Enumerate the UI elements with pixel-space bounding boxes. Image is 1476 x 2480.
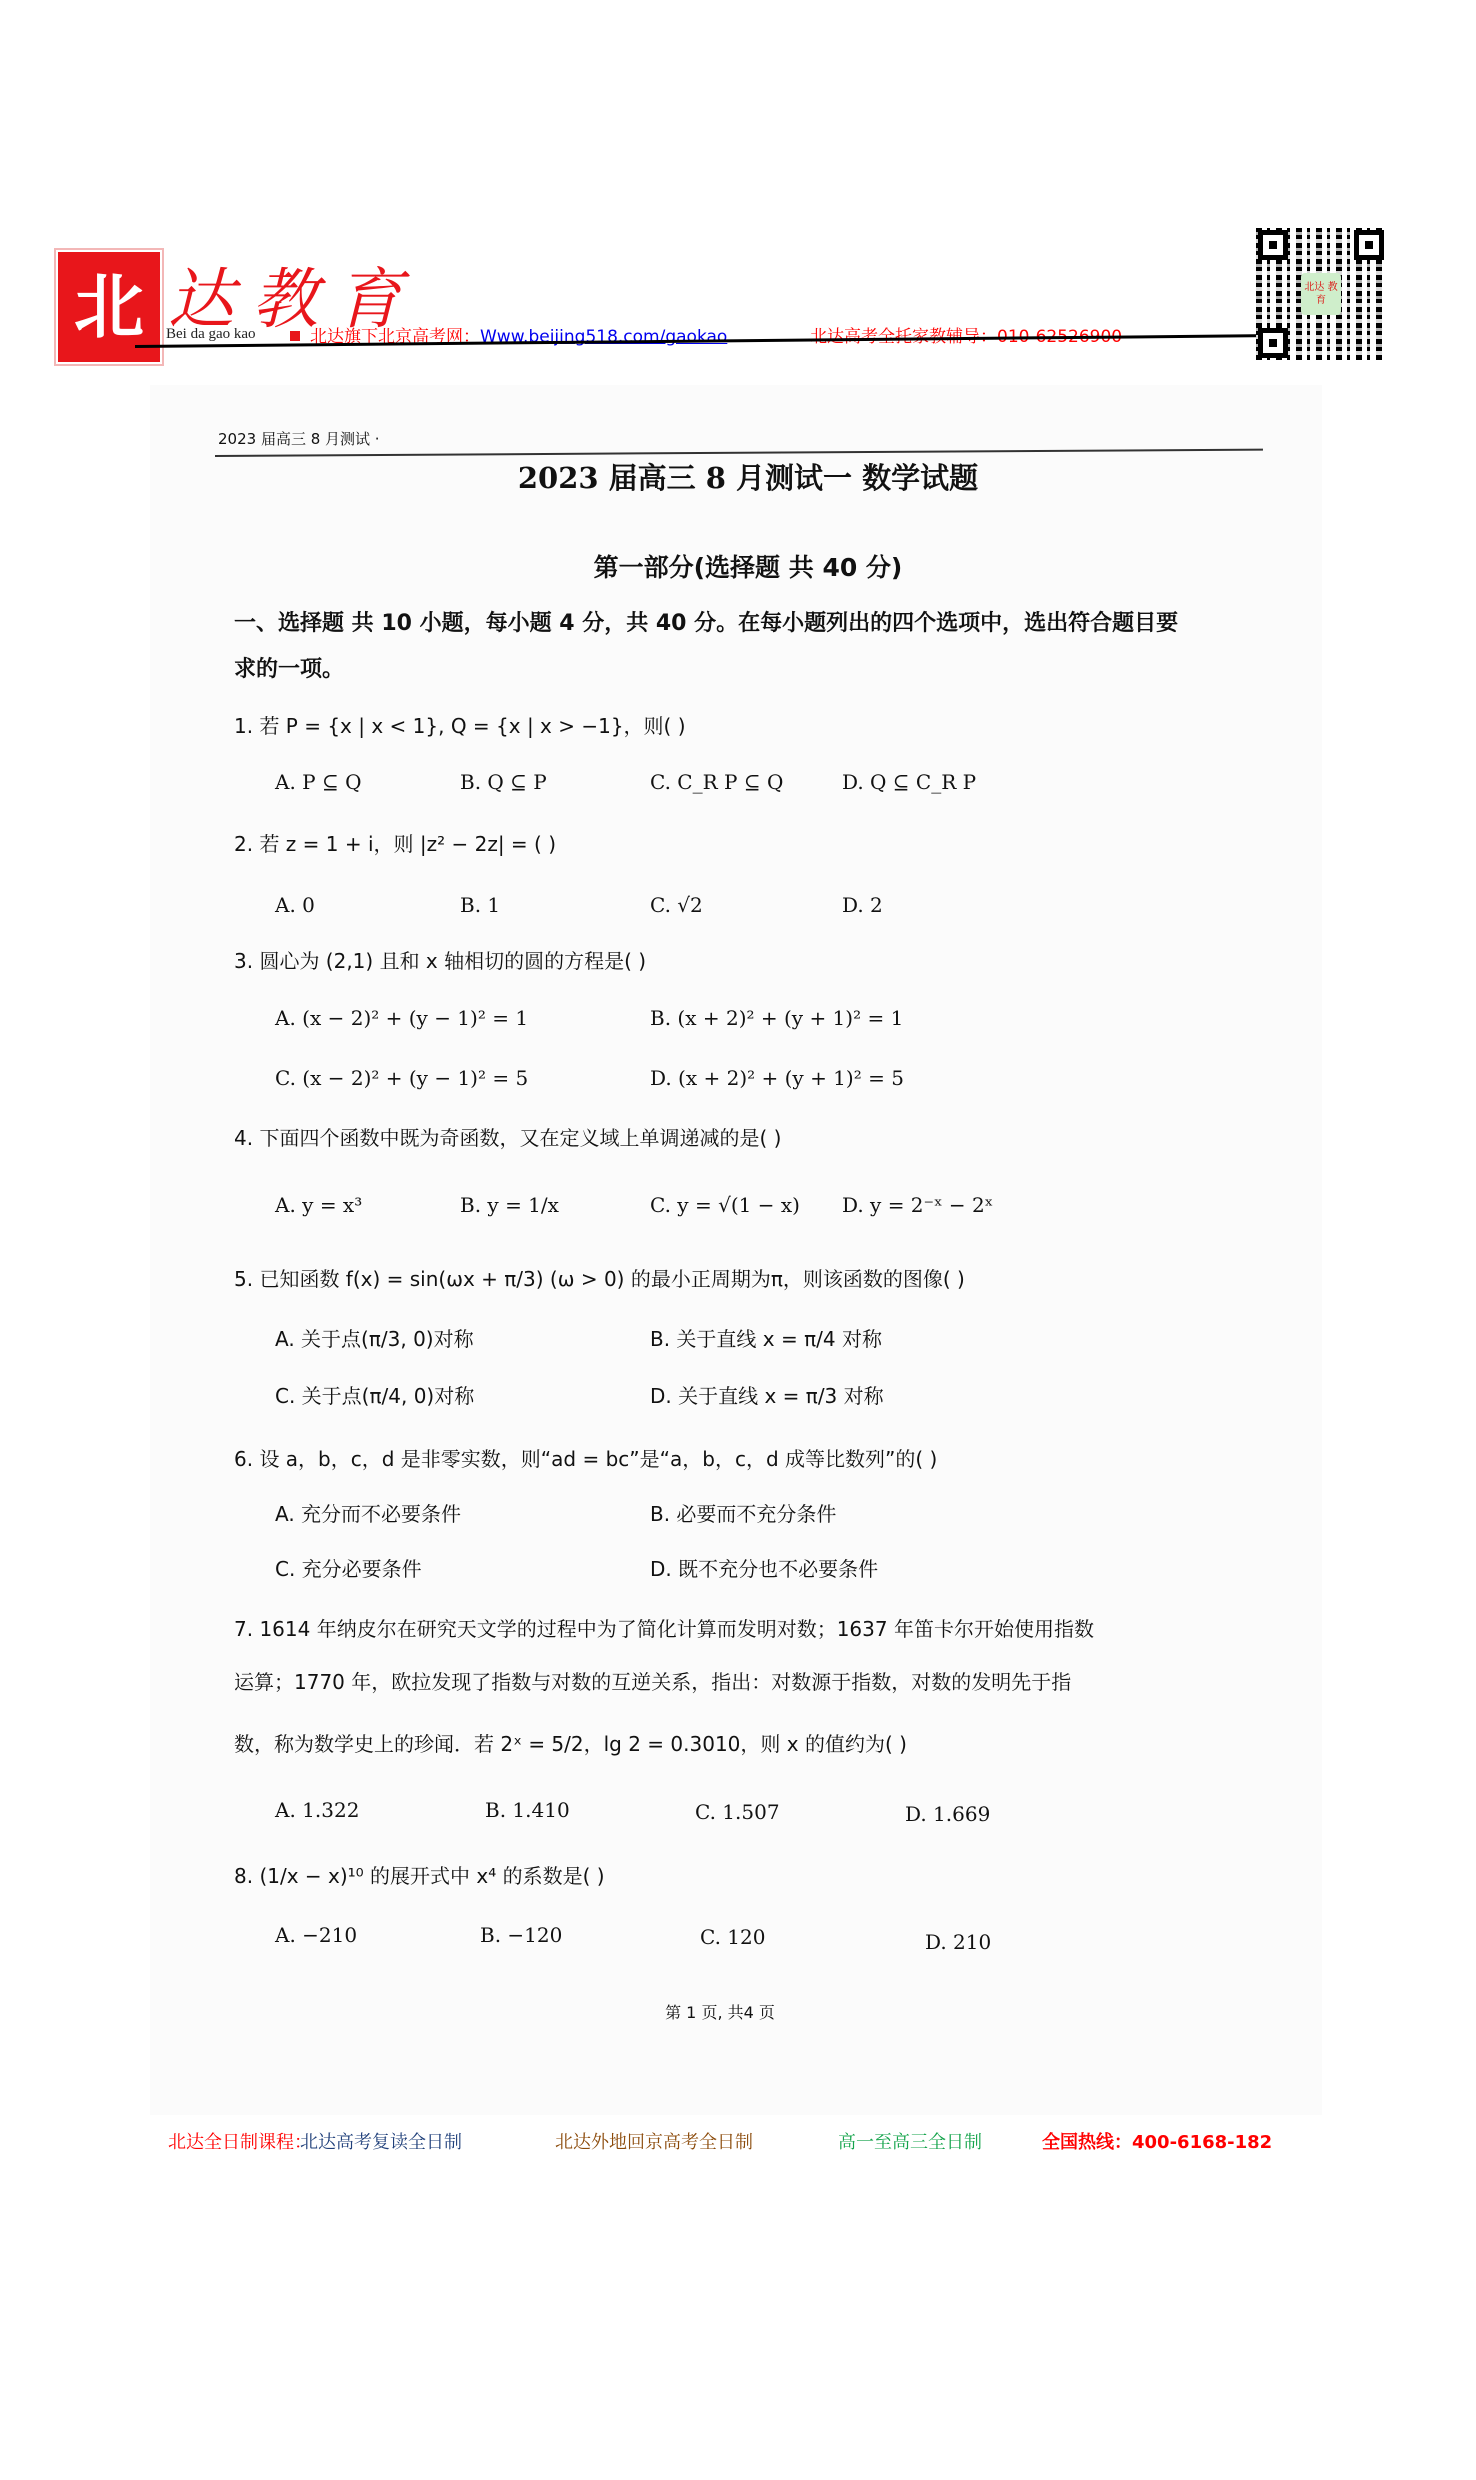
footer-hotline: 全国热线：400-6168-182 [1042,2128,1272,2154]
q5-option-d: D. 关于直线 x = π/3 对称 [650,1380,884,1409]
q7-option-a: A. 1.322 [275,1798,359,1822]
q4-option-d: D. y = 2⁻ˣ − 2ˣ [842,1193,993,1217]
page-title: 2023 届高三 8 月测试一 数学试题 [0,456,1476,497]
instructions-line-2: 求的一项。 [234,652,344,683]
footer-item-3: 高一至高三全日制 [838,2128,982,2154]
scanned-page [150,385,1322,2115]
question-8-stem: 8. (1/x − x)¹⁰ 的展开式中 x⁴ 的系数是( ) [234,1860,605,1889]
question-7-stem-line-1: 7. 1614 年纳皮尔在研究天文学的过程中为了简化计算而发明对数；1637 年… [234,1613,1094,1642]
q2-option-d: D. 2 [842,893,883,917]
q5-option-b: B. 关于直线 x = π/4 对称 [650,1323,882,1352]
footer-item-1: 北达高考复读全日制 [300,2128,462,2154]
question-1-stem: 1. 若 P = {x | x < 1}, Q = {x | x > −1}，则… [234,710,686,739]
q8-option-b: B. −120 [480,1923,562,1947]
q4-option-c: C. y = √(1 − x) [650,1193,800,1217]
q5-option-a: A. 关于点(π/3, 0)对称 [275,1323,474,1352]
footer-label: 北达全日制课程： [168,2128,312,2154]
red-square-bullet-icon [290,331,300,341]
qr-code-icon: 北达 教育 [1256,228,1386,360]
q8-option-c: C. 120 [700,1925,765,1949]
q2-option-a: A. 0 [275,893,315,917]
question-3-stem: 3. 圆心为 (2,1) 且和 x 轴相切的圆的方程是( ) [234,945,646,974]
question-4-stem: 4. 下面四个函数中既为奇函数，又在定义域上单调递减的是( ) [234,1122,781,1151]
tutor-hotline: 北达高考全托家教辅导：010-62526900 [810,322,1122,347]
q6-option-d: D. 既不充分也不必要条件 [650,1553,878,1582]
section-title: 第一部分(选择题 共 40 分) [0,548,1476,584]
instructions-line-1: 一、选择题 共 10 小题，每小题 4 分，共 40 分。在每小题列出的四个选项… [234,606,1178,637]
qr-finder-icon [1258,328,1288,358]
q3-option-a: A. (x − 2)² + (y − 1)² = 1 [275,1006,528,1030]
q4-option-b: B. y = 1/x [460,1193,559,1217]
q2-option-b: B. 1 [460,893,500,917]
q6-option-a: A. 充分而不必要条件 [275,1498,461,1527]
logo-subtitle: Bei da gao kao [166,326,256,343]
q7-option-d: D. 1.669 [905,1802,990,1826]
q7-option-b: B. 1.410 [485,1798,570,1822]
q1-option-b: B. Q ⊆ P [460,770,547,794]
q1-option-a: A. P ⊆ Q [275,770,361,794]
qr-center-logo: 北达 教育 [1301,273,1341,315]
q6-option-b: B. 必要而不充分条件 [650,1498,836,1527]
q1-option-c: C. C_R P ⊆ Q [650,770,783,794]
running-header: 2023 届高三 8 月测试 · [218,428,380,449]
footer-item-2: 北达外地回京高考全日制 [555,2128,753,2154]
page-number: 第 1 页, 共4 页 [0,2000,1440,2023]
question-5-stem: 5. 已知函数 f(x) = sin(ωx + π/3) (ω > 0) 的最小… [234,1263,965,1292]
q3-option-c: C. (x − 2)² + (y − 1)² = 5 [275,1066,528,1090]
question-7-stem-line-2: 运算；1770 年，欧拉发现了指数与对数的互逆关系，指出：对数源于指数，对数的发… [234,1666,1071,1695]
q2-option-c: C. √2 [650,893,703,917]
qr-finder-icon [1354,230,1384,260]
q6-option-c: C. 充分必要条件 [275,1553,422,1582]
q8-option-d: D. 210 [925,1930,991,1954]
qr-finder-icon [1258,230,1288,260]
q3-option-d: D. (x + 2)² + (y + 1)² = 5 [650,1066,904,1090]
q8-option-a: A. −210 [275,1923,357,1947]
q7-option-c: C. 1.507 [695,1800,780,1824]
q3-option-b: B. (x + 2)² + (y + 1)² = 1 [650,1006,903,1030]
q5-option-c: C. 关于点(π/4, 0)对称 [275,1380,474,1409]
logo-mark-glyph: 北 [74,272,144,342]
q4-option-a: A. y = x³ [275,1193,362,1217]
q1-option-d: D. Q ⊆ C_R P [842,770,976,794]
question-7-stem-line-3: 数，称为数学史上的珍闻．若 2ˣ = 5/2，lg 2 = 0.3010，则 x… [234,1728,907,1757]
question-6-stem: 6. 设 a，b，c，d 是非零实数，则“ad = bc”是“a，b，c，d 成… [234,1443,937,1472]
question-2-stem: 2. 若 z = 1 + i，则 |z² − 2z| = ( ) [234,828,556,857]
